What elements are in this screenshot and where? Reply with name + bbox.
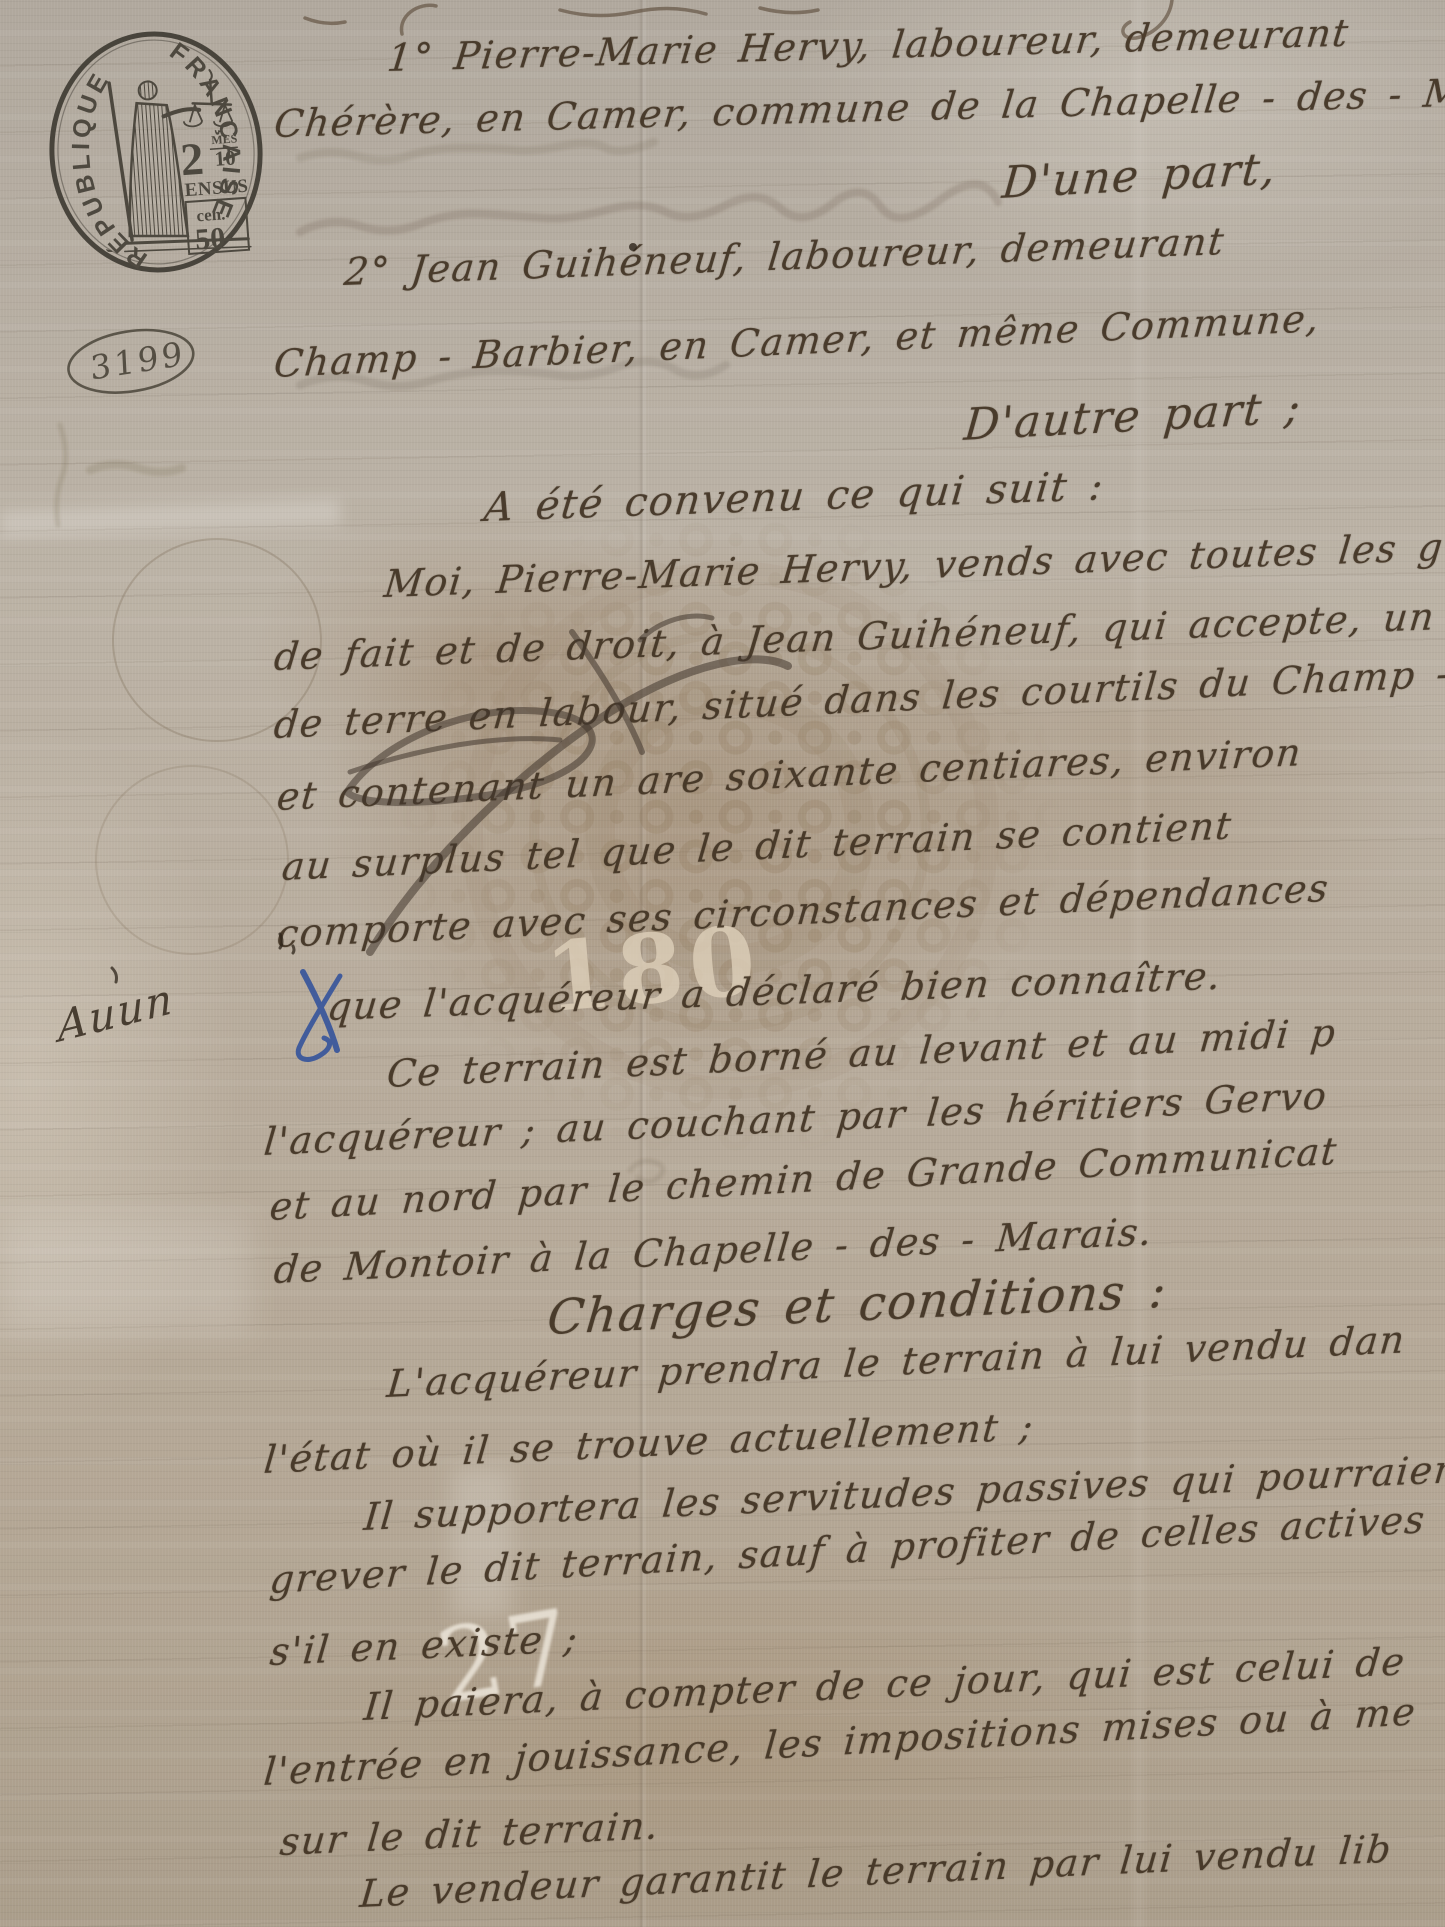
- seal-arc-right-label: FRANÇAISE: [163, 33, 250, 228]
- paper-sheen: [0, 1215, 250, 1335]
- handwritten-line: D'une part,: [1000, 143, 1279, 209]
- handwritten-line: Moi, Pierre-Marie Hervy, vends avec tout…: [382, 525, 1445, 606]
- handwritten-line: Chérère, en Camer, commune de la Chapell…: [272, 70, 1445, 146]
- handwritten-line: Champ - Barbier, en Camer, et même Commu…: [272, 296, 1322, 386]
- ink-marks-overlay: [0, 0, 1445, 1927]
- paper-sheen: [0, 499, 340, 537]
- control-number-stamp: 3199: [53, 311, 214, 413]
- seal-value-50: 50: [194, 221, 226, 256]
- handwritten-line: 2° Jean Guihéneuf, laboureur, demeurant: [342, 219, 1227, 294]
- svg-text:FRANÇAISE: FRANÇAISE: [163, 33, 250, 228]
- paper-fold-crease: [638, 0, 647, 1927]
- justice-figure-icon: [109, 68, 251, 256]
- handwritten-line: que l'acquéreur a déclaré bien connaître…: [325, 954, 1224, 1029]
- handwritten-line: sur le dit terrain.: [278, 1803, 662, 1864]
- document-photograph: 180 27 RÉPUBLIQUE FRANÇAISE: [0, 0, 1445, 1927]
- handwritten-line: 1° Pierre-Marie Hervy, laboureur, demeur…: [385, 11, 1352, 80]
- control-number: 3199: [89, 334, 186, 388]
- seal-value-denom: 10: [214, 145, 237, 170]
- handwritten-line: A été convenu ce qui suit :: [482, 463, 1106, 531]
- seal-value-sup: MES: [211, 131, 238, 147]
- blind-stamp-lower: [95, 765, 289, 955]
- margin-annotation: Auun: [56, 973, 175, 1052]
- revenue-stamp-seal: RÉPUBLIQUE FRANÇAISE: [27, 14, 285, 290]
- handwritten-line: et contenant un are soixante centiares, …: [275, 730, 1304, 819]
- seal-value-ensus: ENSUS: [184, 176, 249, 201]
- seal-arc-left-label: RÉPUBLIQUE: [61, 63, 154, 279]
- seal-value-big: 2: [179, 133, 206, 185]
- handwritten-line: D'autre part ;: [962, 382, 1304, 451]
- svg-text:RÉPUBLIQUE: RÉPUBLIQUE: [61, 63, 154, 279]
- seal-value-cen: cen.: [196, 204, 226, 225]
